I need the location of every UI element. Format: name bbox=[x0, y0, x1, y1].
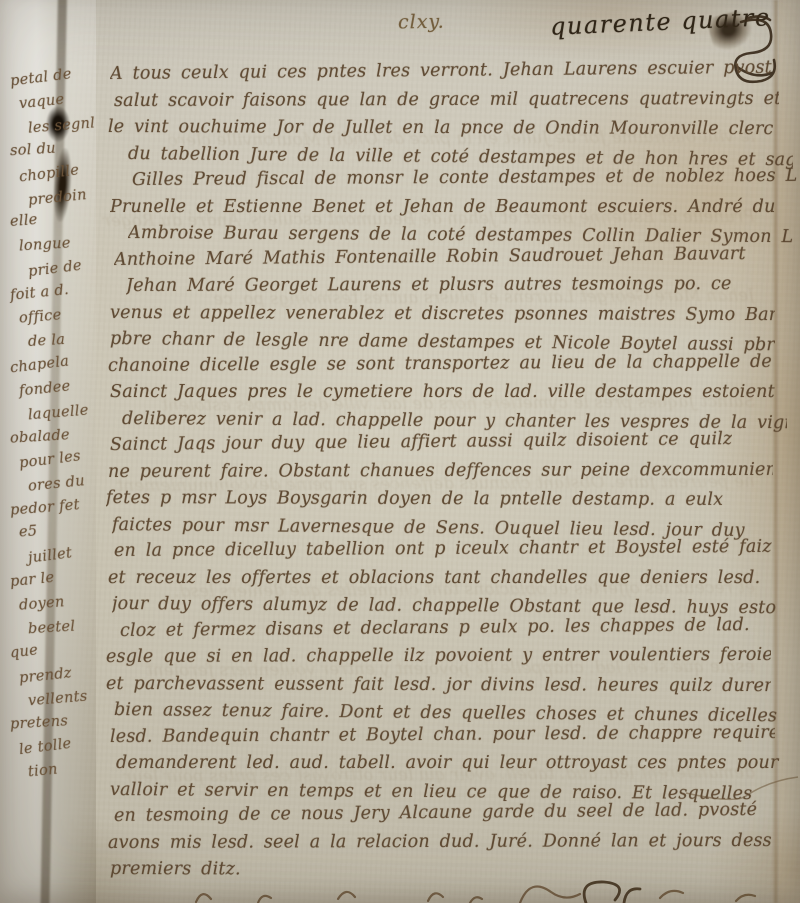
manuscript-line: et parchevassent eussent fait lesd. jor … bbox=[106, 674, 771, 696]
page-edge-stain bbox=[779, 0, 800, 903]
margin-note: de la bbox=[28, 332, 66, 350]
manuscript-line: demanderent led. aud. tabell. avoir qui … bbox=[116, 753, 781, 773]
manuscript-line: A tous ceulx qui ces pntes lres verront.… bbox=[110, 58, 775, 84]
margin-note: que bbox=[9, 642, 39, 661]
manuscript-line: Anthoine Maré Mathis Fontenaille Robin S… bbox=[114, 244, 746, 270]
manuscript-line: Prunelle et Estienne Benet et Jehan de B… bbox=[110, 197, 775, 217]
manuscript-line: avons mis lesd. seel a la relacion dud. … bbox=[108, 830, 772, 852]
margin-note: beetel bbox=[28, 618, 76, 637]
manuscript-line: Sainct Jaques pres le cymetiere hors de … bbox=[110, 382, 775, 402]
margin-note: e5 bbox=[19, 524, 38, 541]
manuscript-line: en la pnce dicelluy tabellion ont p iceu… bbox=[114, 537, 772, 561]
manuscript-line: jour duy offers alumyz de lad. chappelle… bbox=[112, 594, 777, 618]
cutoff-next-line-capitals bbox=[584, 882, 640, 903]
margin-note: obalade bbox=[10, 427, 71, 447]
manuscript-line: Sainct Jaqs jour duy que lieu affiert au… bbox=[110, 429, 733, 455]
margin-note: tion bbox=[27, 762, 58, 781]
folio-number-old: clxy. bbox=[398, 11, 445, 34]
margin-note: office bbox=[18, 307, 62, 326]
manuscript-line: ne peurent faire. Obstant chanues deffen… bbox=[108, 459, 773, 481]
manuscript-line: esgle que si en lad. chappelle ilz povoi… bbox=[106, 645, 771, 667]
margin-note: elle bbox=[9, 212, 38, 230]
manuscript-line: chanoine dicelle esgle se sont transport… bbox=[108, 351, 772, 375]
manuscript-line: Gilles Preud fiscal de monsr le conte de… bbox=[132, 166, 797, 190]
margin-note: doyen bbox=[18, 594, 65, 614]
manuscript-line: cloz et fermez disans et declarans p eul… bbox=[120, 615, 750, 641]
cutoff-next-line-strokes bbox=[196, 887, 755, 903]
manuscript-line: faictes pour msr Lavernesque de Sens. Ou… bbox=[112, 515, 745, 541]
manuscript-line: en tesmoing de ce nous Jery Alcaune gard… bbox=[114, 800, 757, 826]
manuscript-line: lesd. Bandequin chantr et Boytel chan. p… bbox=[110, 722, 775, 746]
manuscript-line: fetes p msr Loys Boysgarin doyen de la p… bbox=[106, 488, 723, 510]
manuscript-line: et receuz les offertes et oblacions tant… bbox=[108, 568, 760, 588]
manuscript-page-photo: clxy. quarente quatre A tous ceulx qui c… bbox=[0, 0, 800, 903]
manuscript-line: salut scavoir faisons que lan de grace m… bbox=[114, 88, 779, 110]
manuscript-line: le vint ouchuime Jor de Jullet en la pnc… bbox=[108, 117, 773, 139]
margin-note: sol du bbox=[10, 140, 57, 159]
manuscript-line: Jehan Maré Georget Laurens et plusrs aut… bbox=[126, 274, 732, 296]
manuscript-line: bien assez tenuz faire. Dont et des quel… bbox=[114, 700, 777, 726]
manuscript-line: premiers ditz. bbox=[110, 859, 241, 879]
manuscript-line: pbre chanr de lesgle nre dame destampes … bbox=[110, 329, 775, 355]
manuscript-line: venus et appellez venerablez et discrete… bbox=[110, 303, 775, 325]
